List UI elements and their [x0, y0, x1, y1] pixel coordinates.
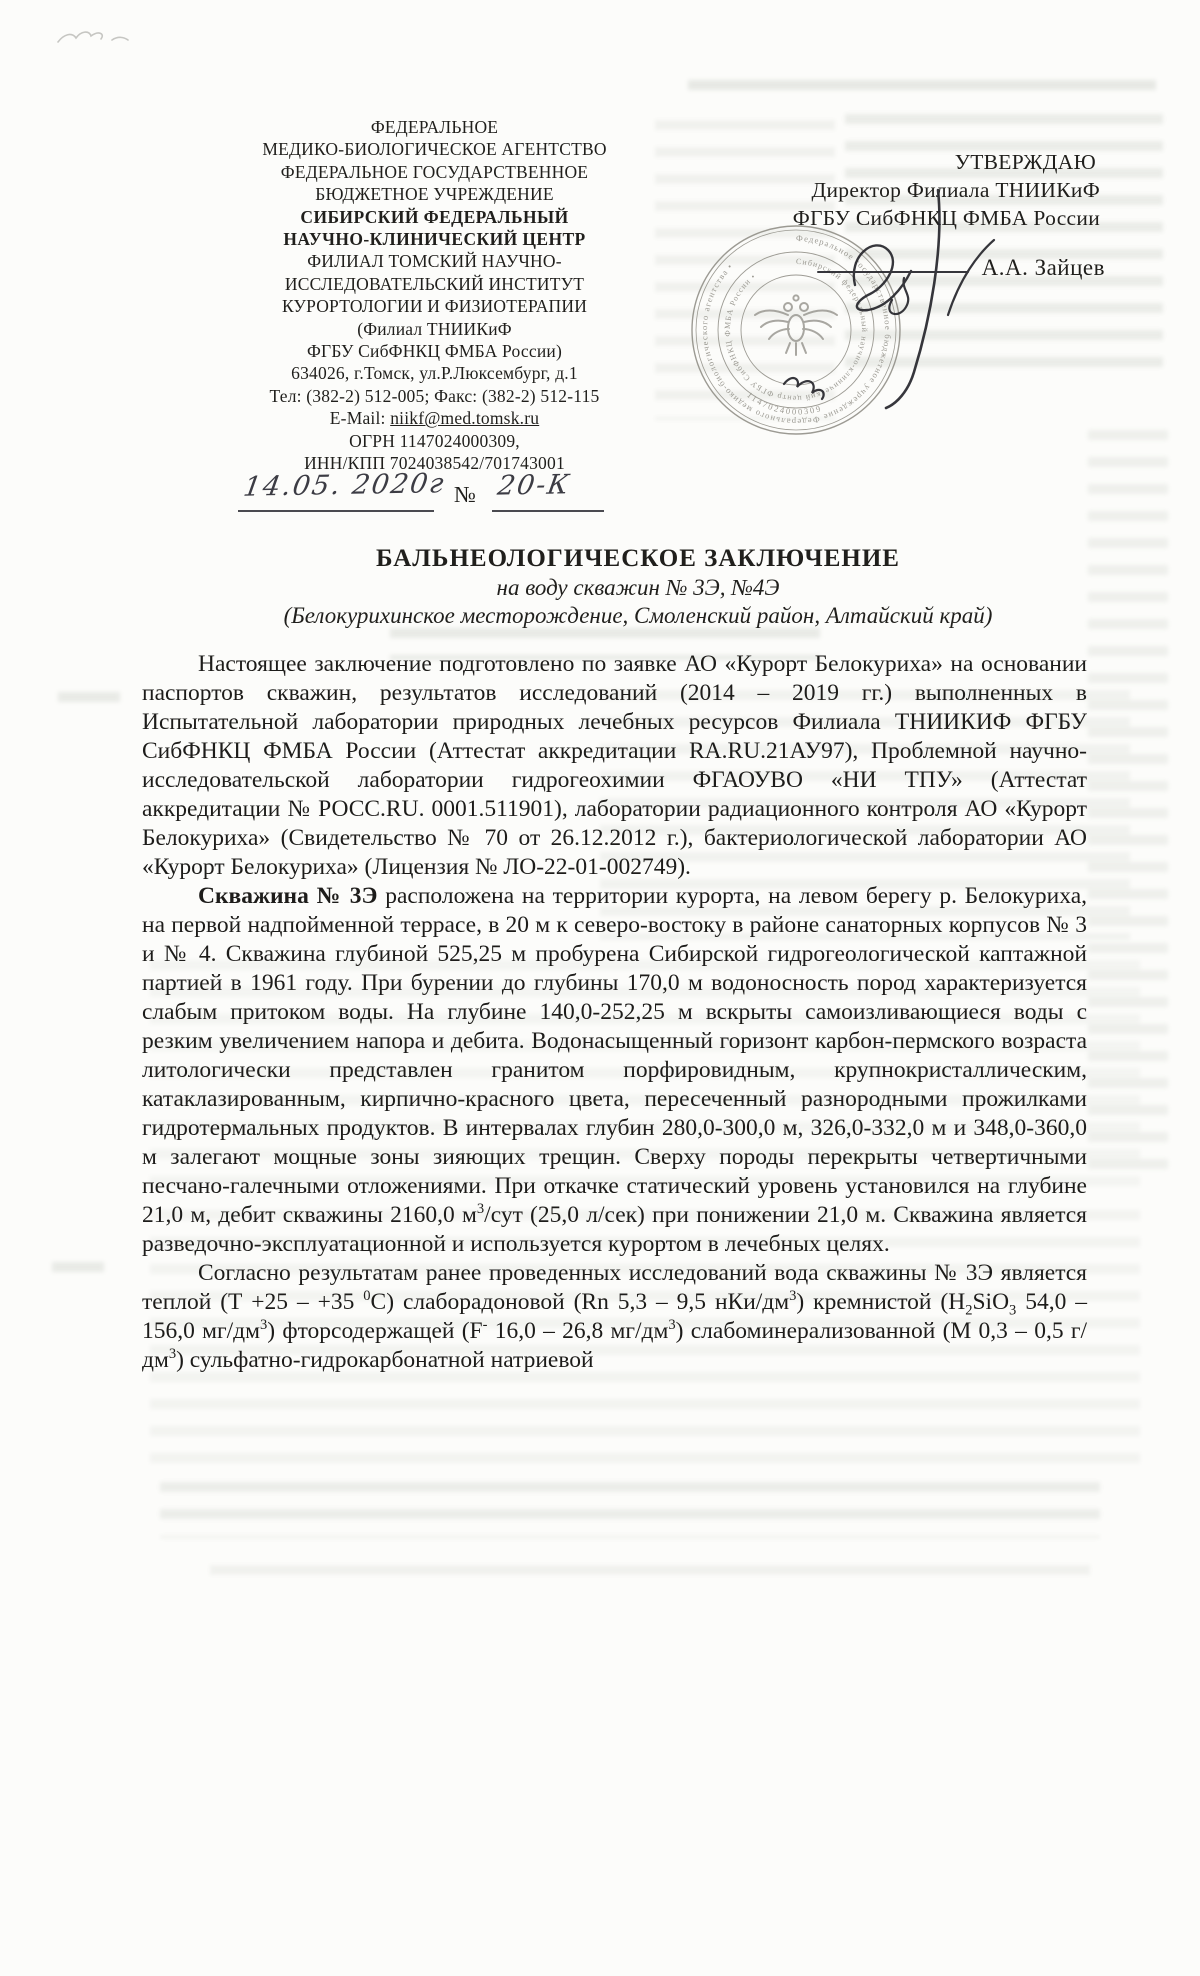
letterhead-line: (Филиал ТНИИКиФ [222, 318, 647, 340]
email-label: E-Mail: [330, 408, 390, 428]
bleedthrough-artifact [210, 1565, 1090, 1591]
number-sign: № [454, 482, 476, 512]
paragraph-text: Настоящее заключение подготовлено по зая… [142, 651, 1087, 880]
paragraph-text: 16,0 – 26,8 мг/дм [487, 1318, 668, 1344]
body-paragraph-1: Настоящее заключение подготовлено по зая… [142, 650, 1087, 882]
letterhead-line: ФИЛИАЛ ТОМСКИЙ НАУЧНО- [222, 250, 647, 272]
signature [690, 160, 1020, 460]
letterhead-line: 634026, г.Томск, ул.Р.Люксембург, д.1 [222, 362, 647, 384]
paragraph-text: SiO [972, 1289, 1009, 1315]
letterhead-line: ФГБУ СибФНКЦ ФМБА России) [222, 340, 647, 362]
letterhead-line: ИССЛЕДОВАТЕЛЬСКИЙ ИНСТИТУТ [222, 273, 647, 295]
letterhead-line: ФЕДЕРАЛЬНОЕ ГОСУДАРСТВЕННОЕ [222, 161, 647, 183]
bleedthrough-artifact [160, 1482, 1100, 1538]
letterhead-line: Тел: (382-2) 512-005; Факс: (382-2) 512-… [222, 385, 647, 407]
letterhead-line: КУРОРТОЛОГИИ И ФИЗИОТЕРАПИИ [222, 295, 647, 317]
pencil-scribble [50, 20, 170, 60]
letterhead-line-bold: НАУЧНО-КЛИНИЧЕСКИЙ ЦЕНТР [222, 228, 647, 250]
document-body: Настоящее заключение подготовлено по зая… [142, 650, 1087, 1375]
bleedthrough-artifact [52, 1262, 104, 1276]
document-page: ФЕДЕРАЛЬНОЕ МЕДИКО-БИОЛОГИЧЕСКОЕ АГЕНТСТ… [0, 0, 1200, 1976]
superscript: 0 [363, 1288, 370, 1304]
paragraph-text: ) сульфатно-гидрокарбонатной натриевой [176, 1347, 594, 1373]
bleedthrough-artifact [58, 692, 120, 708]
paragraph-text: ) кремнистой (H [796, 1289, 965, 1315]
letterhead-line-bold: СИБИРСКИЙ ФЕДЕРАЛЬНЫЙ [222, 206, 647, 228]
letterhead-ogrn: ОГРН 1147024000309, [222, 430, 647, 452]
bleedthrough-artifact [1088, 430, 1168, 1170]
bleedthrough-artifact [688, 80, 1156, 104]
paragraph-text: С) слаборадоновой (Rn 5,3 – 9,5 нКи/дм [371, 1289, 790, 1315]
paragraph-text: ) фторсодержащей (F [267, 1318, 482, 1344]
number-handwriting: 20-К [489, 469, 573, 501]
org-email: niikf@med.tomsk.ru [390, 408, 539, 428]
body-paragraph-3: Согласно результатам ранее проведенных и… [142, 1259, 1087, 1375]
superscript: 3 [668, 1317, 675, 1333]
well-3e-lead: Скважина № 3Э [198, 883, 378, 909]
letterhead-line: МЕДИКО-БИОЛОГИЧЕСКОЕ АГЕНТСТВО [222, 138, 647, 160]
paragraph-text: расположена на территории курорта, на ле… [142, 883, 1087, 1228]
date-handwriting: 14.05. 2020г [235, 468, 447, 503]
letterhead-line: ФЕДЕРАЛЬНОЕ [222, 116, 647, 138]
letterhead-email-line: E-Mail: niikf@med.tomsk.ru [222, 407, 647, 429]
title-block: БАЛЬНЕОЛОГИЧЕСКОЕ ЗАКЛЮЧЕНИЕ на воду скв… [142, 544, 1134, 630]
number-field: 20-К [492, 470, 604, 512]
date-field: 14.05. 2020г [238, 470, 434, 512]
date-number-line: 14.05. 2020г № 20-К [238, 470, 604, 514]
body-paragraph-2: Скважина № 3Э расположена на территории … [142, 882, 1087, 1259]
letterhead-line: БЮДЖЕТНОЕ УЧРЕЖДЕНИЕ [222, 183, 647, 205]
letterhead-block: ФЕДЕРАЛЬНОЕ МЕДИКО-БИОЛОГИЧЕСКОЕ АГЕНТСТ… [222, 116, 647, 475]
document-title: БАЛЬНЕОЛОГИЧЕСКОЕ ЗАКЛЮЧЕНИЕ [142, 544, 1134, 574]
document-subtitle-wells: на воду скважин № 3Э, №4Э [142, 574, 1134, 602]
document-subtitle-location: (Белокурихинское месторождение, Смоленск… [142, 602, 1134, 630]
